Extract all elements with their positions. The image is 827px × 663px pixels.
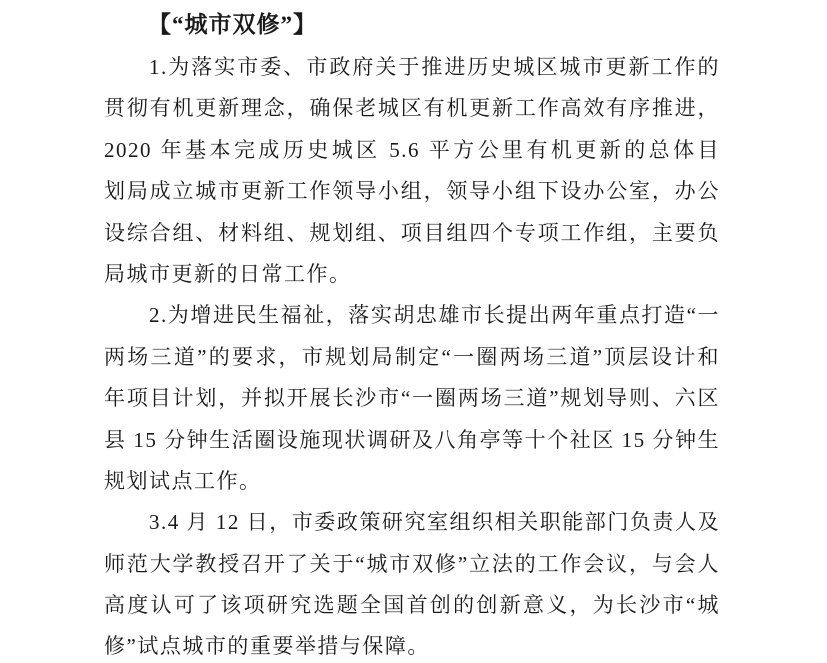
text-line: 3.4 月 12 日，市委政策研究室组织相关职能部门负责人及湖南 <box>104 502 720 543</box>
text-line: 修”试点城市的重要举措与保障。 <box>104 626 720 663</box>
paragraph: 2.为增进民生福祉，落实胡忠雄市长提出两年重点打造“一圈两场三道”的要求，市规划… <box>104 295 720 502</box>
paragraph: 1.为落实市委、市政府关于推进历史城区城市更新工作的指示，贯彻有机更新理念，确保… <box>104 47 720 295</box>
text-line: 规划试点工作。 <box>104 461 720 502</box>
text-line: 2020 年基本完成历史城区 5.6 平方公里有机更新的总体目标，市规 <box>104 130 720 171</box>
text-line: 1.为落实市委、市政府关于推进历史城区城市更新工作的指示， <box>104 47 720 88</box>
text-line: 高度认可了该项研究选题全国首创的创新意义，为长沙市“城市双 <box>104 585 720 626</box>
text-line: 师范大学教授召开了关于“城市双修”立法的工作会议，与会人员 <box>104 544 720 585</box>
text-line: 县 15 分钟生活圈设施现状调研及八角亭等十个社区 15 分钟生活圈 <box>104 420 720 461</box>
document-text-block: 【“城市双修”】 1.为落实市委、市政府关于推进历史城区城市更新工作的指示，贯彻… <box>104 2 720 663</box>
document-body: 1.为落实市委、市政府关于推进历史城区城市更新工作的指示，贯彻有机更新理念，确保… <box>104 47 720 663</box>
text-line: 年项目计划，并拟开展长沙市“一圈两场三道”规划导则、六区一 <box>104 378 720 419</box>
paragraph: 3.4 月 12 日，市委政策研究室组织相关职能部门负责人及湖南师范大学教授召开… <box>104 502 720 663</box>
text-line: 局城市更新的日常工作。 <box>104 254 720 295</box>
text-line: 两场三道”的要求，市规划局制定“一圈两场三道”顶层设计和两 <box>104 337 720 378</box>
text-line: 划局成立城市更新工作领导小组，领导小组下设办公室，办公室下 <box>104 171 720 212</box>
text-line: 设综合组、材料组、规划组、项目组四个专项工作组，主要负责全 <box>104 213 720 254</box>
text-line: 2.为增进民生福祉，落实胡忠雄市长提出两年重点打造“一圈 <box>104 295 720 336</box>
document-page: 【“城市双修”】 1.为落实市委、市政府关于推进历史城区城市更新工作的指示，贯彻… <box>0 0 827 663</box>
text-line: 贯彻有机更新理念，确保老城区有机更新工作高效有序推进，实现 <box>104 88 720 129</box>
section-title: 【“城市双修”】 <box>148 2 720 47</box>
